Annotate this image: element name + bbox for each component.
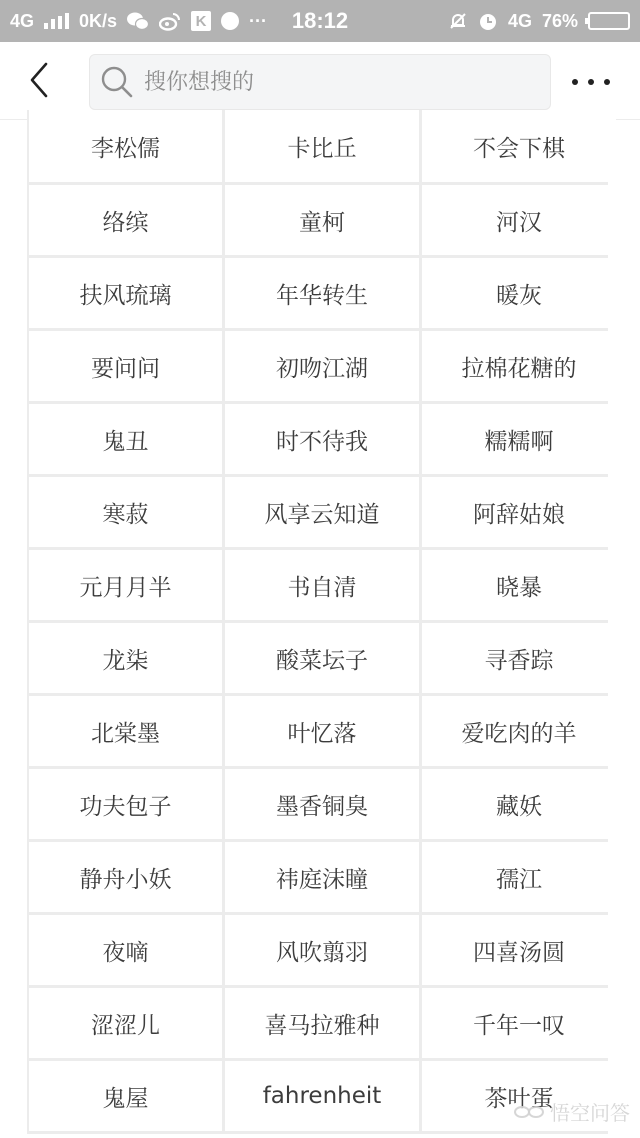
more-dot (572, 79, 578, 85)
grid-cell[interactable]: 寒菽 (29, 477, 222, 547)
grid-cell[interactable]: 不会下棋 (422, 110, 616, 182)
grid-cell[interactable]: 童柯 (225, 185, 419, 255)
grid-cell[interactable]: 鬼丑 (29, 404, 222, 474)
grid-cell[interactable]: 风吹翦羽 (225, 915, 419, 985)
grid-cell[interactable]: 喜马拉雅种 (225, 988, 419, 1058)
grid-cell[interactable]: 时不待我 (225, 404, 419, 474)
grid-cell[interactable]: 糯糯啊 (422, 404, 616, 474)
grid-cell[interactable]: 藏妖 (422, 769, 616, 839)
grid-cell[interactable]: 河汉 (422, 185, 616, 255)
grid-cell[interactable]: 千年一叹 (422, 988, 616, 1058)
grid-cell[interactable]: 络缤 (29, 185, 222, 255)
grid-cell[interactable]: 风享云知道 (225, 477, 419, 547)
k-app-icon: K (191, 11, 211, 31)
wukong-logo-icon (514, 1104, 544, 1120)
more-dots-icon: ··· (249, 11, 267, 32)
search-icon (100, 65, 134, 99)
search-input[interactable] (144, 70, 524, 95)
alarm-off-icon (448, 11, 468, 31)
watermark: 悟空问答 (514, 1097, 630, 1126)
grid-cell[interactable]: 初吻江湖 (225, 331, 419, 401)
grid-cell[interactable]: 墨香铜臭 (225, 769, 419, 839)
more-options-button[interactable] (568, 70, 614, 94)
grid-cell[interactable]: 四喜汤圆 (422, 915, 616, 985)
network-type: 4G (10, 11, 34, 32)
network-type-right: 4G (508, 11, 532, 32)
name-grid-container: 李松儒卡比丘不会下棋络缤童柯河汉扶风琉璃年华转生暖灰要问问初吻江湖拉棉花糖的鬼丑… (27, 110, 608, 1134)
grid-cell[interactable]: 要问问 (29, 331, 222, 401)
battery-icon (588, 12, 630, 30)
wechat-icon (127, 11, 149, 31)
grid-cell[interactable]: 龙柒 (29, 623, 222, 693)
grid-cell[interactable]: 阿辞姑娘 (422, 477, 616, 547)
signal-icon (44, 13, 69, 29)
grid-cell[interactable]: 暖灰 (422, 258, 616, 328)
grid-cell[interactable]: 卡比丘 (225, 110, 419, 182)
more-dot (604, 79, 610, 85)
grid-cell[interactable]: 夜嘀 (29, 915, 222, 985)
grid-cell[interactable]: 元月月半 (29, 550, 222, 620)
grid-cell[interactable]: 寻香踪 (422, 623, 616, 693)
name-grid: 李松儒卡比丘不会下棋络缤童柯河汉扶风琉璃年华转生暖灰要问问初吻江湖拉棉花糖的鬼丑… (27, 110, 608, 1134)
music-icon (221, 12, 239, 30)
grid-cell[interactable]: 书自清 (225, 550, 419, 620)
grid-cell[interactable]: 李松儒 (29, 110, 222, 182)
grid-cell[interactable]: 祎庭沫瞳 (225, 842, 419, 912)
grid-cell[interactable]: 扶风琉璃 (29, 258, 222, 328)
clock-icon (478, 11, 498, 31)
status-right: 4G 76% (448, 0, 630, 42)
grid-cell[interactable]: 年华转生 (225, 258, 419, 328)
network-speed: 0K/s (79, 11, 117, 32)
grid-cell[interactable]: 酸菜坛子 (225, 623, 419, 693)
more-dot (588, 79, 594, 85)
watermark-text: 悟空问答 (550, 1097, 630, 1126)
grid-cell[interactable]: 叶忆落 (225, 696, 419, 766)
grid-cell[interactable]: 晓暴 (422, 550, 616, 620)
grid-cell[interactable]: fahrenheit (225, 1061, 419, 1131)
grid-cell[interactable]: 爱吃肉的羊 (422, 696, 616, 766)
chevron-left-icon (22, 60, 58, 100)
search-box[interactable] (89, 54, 551, 110)
grid-cell[interactable]: 北棠墨 (29, 696, 222, 766)
grid-cell[interactable]: 涩涩儿 (29, 988, 222, 1058)
grid-cell[interactable]: 静舟小妖 (29, 842, 222, 912)
weibo-icon (159, 11, 181, 31)
back-button[interactable] (22, 60, 58, 100)
top-navbar (0, 42, 640, 120)
battery-percent: 76% (542, 11, 578, 32)
grid-cell[interactable]: 拉棉花糖的 (422, 331, 616, 401)
grid-cell[interactable]: 鬼屋 (29, 1061, 222, 1131)
grid-cell[interactable]: 孺江 (422, 842, 616, 912)
status-left: 4G 0K/s K ··· (10, 0, 267, 42)
status-bar: 4G 0K/s K ··· 18:12 4G 76% (0, 0, 640, 42)
grid-cell[interactable]: 功夫包子 (29, 769, 222, 839)
